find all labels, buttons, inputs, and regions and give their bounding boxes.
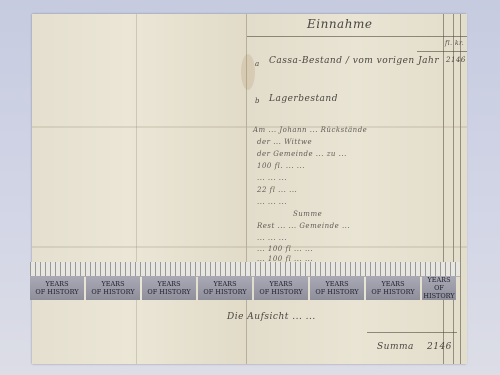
body-line: der Gemeinde ... zu ...	[257, 150, 347, 158]
watermark-label: YEARSOF HISTORY	[366, 276, 420, 300]
stain	[241, 54, 255, 90]
body-line: ... ... ...	[257, 234, 287, 242]
item-marker: b	[255, 97, 260, 105]
amount-column-rule	[443, 14, 444, 364]
fold-line	[32, 246, 246, 248]
watermark-label: YEARSOF HISTORY	[86, 276, 140, 300]
watermark-label: YEARSOF HISTORY	[310, 276, 364, 300]
body-line: Am ... Johann ... Rückstände	[253, 126, 367, 134]
watermark-label: YEARSOF HISTORY	[422, 276, 456, 300]
fold-line	[136, 14, 137, 364]
ruler-scale	[30, 262, 460, 277]
body-line: Summe	[293, 210, 322, 218]
header-rule	[247, 36, 467, 37]
amount-value: 2146	[446, 56, 466, 64]
body-line: ... ... ...	[257, 198, 287, 206]
body-line: 100 fl. ... ...	[257, 162, 305, 170]
body-line: 22 fl ... ...	[257, 186, 297, 194]
left-page	[32, 14, 246, 364]
total-value: 2146	[427, 342, 452, 352]
closing-line: Die Aufsicht ... ...	[227, 312, 316, 322]
ruler-label-strip: YEARSOF HISTORY YEARSOF HISTORY YEARSOF …	[30, 276, 460, 300]
measuring-ruler: YEARSOF HISTORY YEARSOF HISTORY YEARSOF …	[30, 262, 460, 304]
amount-column-rule	[460, 14, 461, 364]
heading: Einnahme	[307, 17, 372, 31]
amount-column-rule	[453, 14, 454, 364]
total-label: Summa	[377, 342, 414, 352]
column-header: fl. kr.	[445, 40, 464, 47]
total-rule	[367, 332, 457, 333]
right-page: Einnahme fl. kr. 2146 a Cassa-Bestand / …	[246, 14, 467, 364]
item-marker: a	[255, 60, 260, 68]
watermark-label: YEARSOF HISTORY	[198, 276, 252, 300]
body-line: ... 100 fl ... ...	[257, 245, 313, 253]
fold-line	[32, 126, 246, 128]
body-line: ... ... ...	[257, 174, 287, 182]
watermark-label: YEARSOF HISTORY	[30, 276, 84, 300]
body-line: Rest ... ... Gemeinde ...	[257, 222, 350, 230]
watermark-label: YEARSOF HISTORY	[142, 276, 196, 300]
watermark-label: YEARSOF HISTORY	[254, 276, 308, 300]
body-line: der ... Wittwe	[257, 138, 312, 146]
item-text: Lagerbestand	[269, 94, 338, 104]
manuscript-sheet: Einnahme fl. kr. 2146 a Cassa-Bestand / …	[32, 14, 466, 364]
item-text: Cassa-Bestand / vom vorigen Jahr	[269, 56, 439, 66]
